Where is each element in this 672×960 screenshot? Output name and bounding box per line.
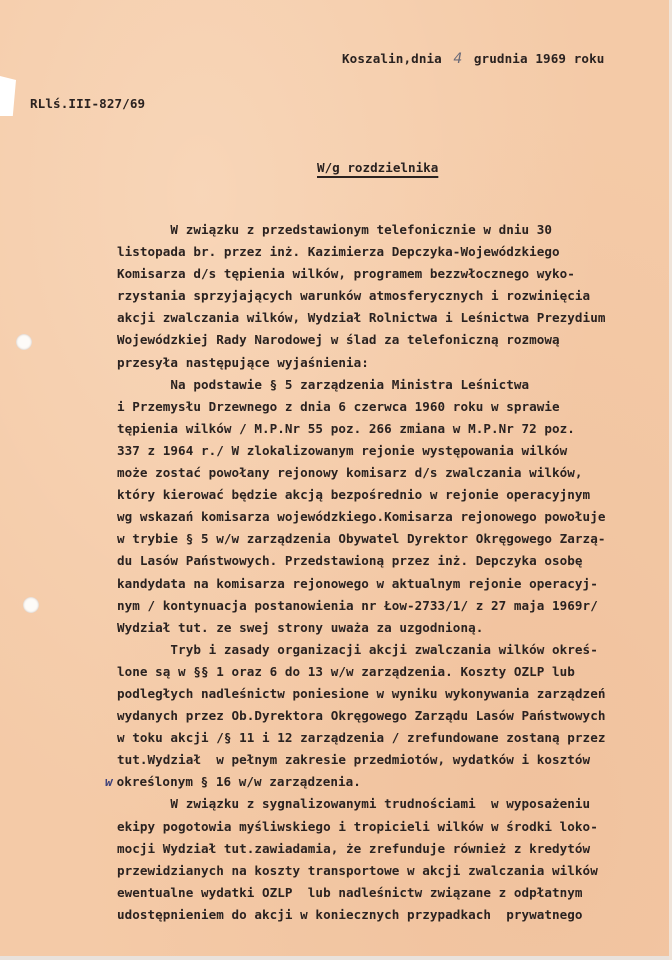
text-line: du Lasów Państwowych. Przedstawioną prze… [117, 550, 672, 572]
letter-body: W związku z przedstawionym telefonicznie… [117, 219, 672, 926]
text-line: kandydata na komisarza rejonowego w aktu… [117, 573, 672, 595]
text-line: w toku akcji /§ 11 i 12 zarządzenia / zr… [117, 727, 672, 749]
text-line: akcji zwalczania wilków, Wydział Rolnict… [117, 307, 672, 329]
text-line: tut.Wydział w pełnym zakresie przedmiotó… [117, 749, 672, 771]
text-line: 337 z 1964 r./ W zlokalizowanym rejonie … [117, 440, 672, 462]
text-line: Na podstawie § 5 zarządzenia Ministra Le… [117, 374, 672, 396]
text-line: listopada br. przez inż. Kazimierza Depc… [117, 241, 672, 263]
text-line: przesyła następujące wyjaśnienia: [117, 352, 672, 374]
text-line: i Przemysłu Drzewnego z dnia 6 czerwca 1… [117, 396, 672, 418]
text-line: Komisarza d/s tępienia wilków, programem… [117, 263, 672, 285]
place-date-line: Koszalin,dnia4grudnia 1969 roku [342, 51, 604, 67]
text-line: tępienia wilków / M.P.Nr 55 poz. 266 zmi… [117, 418, 672, 440]
text-line: udostępnieniem do akcji w koniecznych pr… [117, 904, 672, 926]
text-line: ewentualne wydatki OZLP lub nadleśnictw … [117, 882, 672, 904]
text-line: nym / kontynuacja postanowienia nr Łow-2… [117, 595, 672, 617]
strikeout-mark: w [105, 774, 113, 789]
place-date-suffix: grudnia 1969 roku [474, 51, 605, 66]
place-date-prefix: Koszalin,dnia [342, 51, 442, 66]
text-line: przewidzianych na koszty transportowe w … [117, 860, 672, 882]
text-line: wg wskazań komisarza wojewódzkiego.Komis… [117, 506, 672, 528]
text-line: Wojewódzkiej Rady Narodowej w ślad za te… [117, 329, 672, 351]
text-line: podległych nadleśnictw poniesione w wyni… [117, 683, 672, 705]
text-line: mocji Wydział tut.zawiadamia, że zrefund… [117, 838, 672, 860]
text-line: rzystania sprzyjających warunków atmosfe… [117, 285, 672, 307]
text-line: lone są w §§ 1 oraz 6 do 13 w/w zarządze… [117, 661, 672, 683]
handwritten-day: 4 [442, 51, 474, 67]
text-line: W związku z przedstawionym telefonicznie… [117, 219, 672, 241]
text-line: może zostać powołany rejonowy komisarz d… [117, 462, 672, 484]
text-line: Wydział tut. ze swej strony uważa za uzg… [117, 617, 672, 639]
torn-corner [0, 76, 16, 116]
text-line: który kierować będzie akcją bezpośrednio… [117, 484, 672, 506]
text-line: ekipy pogotowia myśliwskiego i tropiciel… [117, 816, 672, 838]
text-line: W związku z sygnalizowanymi trudnościami… [117, 793, 672, 815]
paper-edge [0, 956, 672, 960]
subject-heading: W/g rozdzielnika [317, 160, 446, 175]
document-page: Koszalin,dnia4grudnia 1969 roku RLlś.III… [0, 0, 672, 960]
text-line: Tryb i zasady organizacji akcji zwalczan… [117, 639, 672, 661]
punch-hole [16, 334, 32, 350]
reference-number: RLlś.III-827/69 [30, 96, 145, 111]
punch-hole [23, 597, 39, 613]
text-line: w trybie § 5 w/w zarządzenia Obywatel Dy… [117, 528, 672, 550]
text-line: wokreślonym § 16 w/w zarządzenia. [117, 771, 672, 793]
text-line: wydanych przez Ob.Dyrektora Okręgowego Z… [117, 705, 672, 727]
